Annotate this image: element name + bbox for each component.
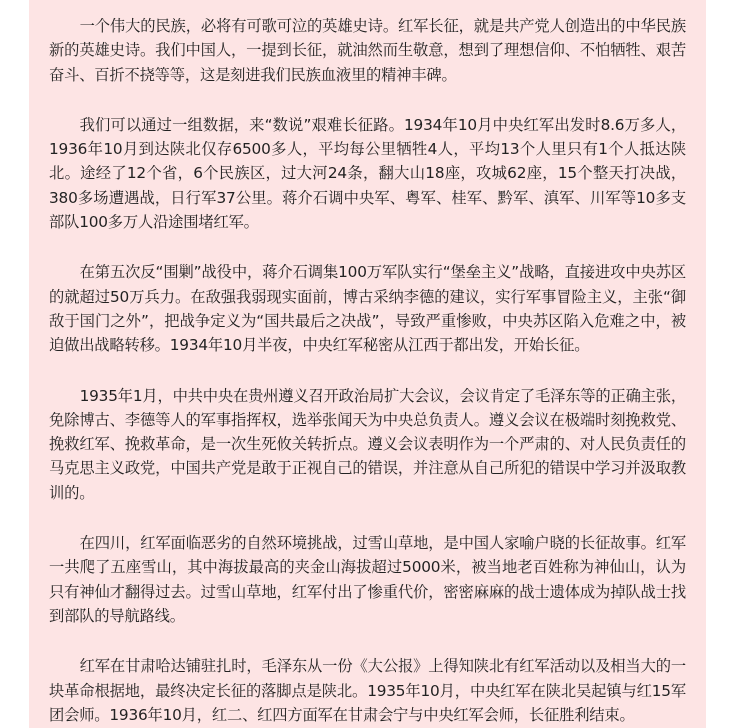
paragraph-fifth-encirclement: 在第五次反“围剿”战役中，蒋介石调集100万军队实行“堡垒主义”战略，直接进攻中… [49, 260, 686, 357]
article-body: 一个伟大的民族，必将有可歌可泣的英雄史诗。红军长征，就是共产党人创造出的中华民族… [29, 0, 706, 728]
paragraph-intro: 一个伟大的民族，必将有可歌可泣的英雄史诗。红军长征，就是共产党人创造出的中华民族… [49, 14, 686, 87]
paragraph-zunyi-conference: 1935年1月，中共中央在贵州遵义召开政治局扩大会议，会议肯定了毛泽东等的正确主… [49, 384, 686, 505]
paragraph-snow-mountains: 在四川，红军面临恶劣的自然环境挑战，过雪山草地，是中国人家喻户晓的长征故事。红军… [49, 531, 686, 628]
paragraph-conclusion: 红军在甘肃哈达铺驻扎时，毛泽东从一份《大公报》上得知陕北有红军活动以及相当大的一… [49, 654, 686, 727]
paragraph-statistics: 我们可以通过一组数据，来“数说”艰难长征路。1934年10月中央红军出发时8.6… [49, 113, 686, 234]
